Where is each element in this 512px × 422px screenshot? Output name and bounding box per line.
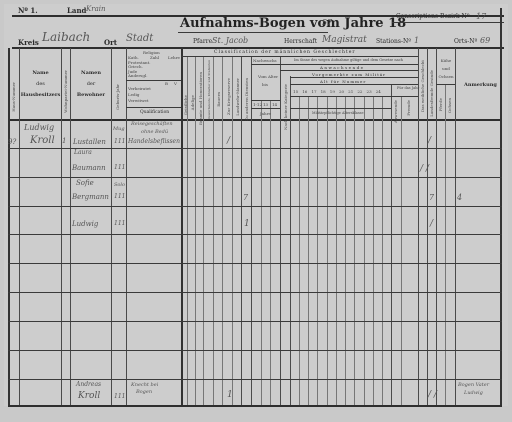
age-col: 16 [300,89,309,94]
ort-label: Ort [104,38,117,47]
herrschaft-label: Herrschaft [284,38,317,45]
conscription-underline [392,22,504,23]
header-classification: Classification der männlichen Geschlecht… [214,50,356,55]
cell-geb: 111 [114,193,125,200]
cell-bewohner-first: Laura [74,149,92,156]
herrschaft-value: Magistrat [322,35,367,45]
table-left-border [8,48,10,406]
header-subline [290,84,418,85]
cell-anmerkung: Ludwig [464,390,483,396]
table-right-border [500,8,502,406]
row-divider [8,321,502,322]
header-text: Name [20,68,61,79]
header-qualification: Qualification [140,110,169,115]
col-divider [373,96,374,406]
col-divider [317,96,318,406]
cell-mark: 1 [244,219,250,229]
col-divider [61,48,62,406]
col-divider [195,56,196,406]
cell-mark: / / [428,390,437,400]
stations-label: Stations-Nº [376,38,411,45]
cell-geb: 111 [114,220,125,227]
class-col: Bauern [216,92,221,107]
cell-haus-nr: 9? [8,138,16,146]
row-divider [8,292,502,293]
age-col: 13 [263,102,268,107]
header-wohnpartei: Wohnpartei-Nummer [63,70,68,113]
kreis-label: Kreis [18,38,39,47]
age-col: 19 [328,89,337,94]
age-col: 23 [365,89,374,94]
row-divider [8,350,502,351]
header-text: Vom Alter [258,74,278,79]
row-divider [8,263,502,264]
age-col: 24 [374,89,383,94]
title-underline [178,32,328,33]
header-text: Bewohner [71,90,111,101]
header-anmerkung: Anmerkung [464,82,497,88]
header-subline [181,56,418,57]
header-landesfremde: Landesfremde Gesinde [429,70,434,117]
col-divider [19,48,20,406]
header-vieh: Kühe und Ochsen [437,57,455,81]
header-weiblich: Das weibliche Geschlecht [420,60,425,112]
col-divider [418,48,419,406]
header-text: des [20,79,61,90]
header-subline [251,108,280,109]
header-subline [290,77,418,78]
cell-geb: 111 [114,393,125,400]
class-col: Zu anderen Diensten [244,78,249,121]
header-militaer: Militärpflichtige Altersklasse [312,111,364,115]
cell-bewohner-last: Baumann [72,164,106,172]
cell-mark: 1 [227,390,233,400]
col-divider [455,48,456,406]
header-subline [290,96,418,97]
class-col: Adelige [190,95,195,110]
header-text: Hausbesitzers [20,90,61,101]
header-subline [280,70,418,71]
col-divider [203,56,204,406]
kreis-value: Laibach [42,30,90,44]
col-divider [382,96,383,406]
col-divider [327,96,328,406]
cell-mark: 7 [429,193,434,202]
orts-value: 69 [480,36,490,45]
cell-qual: Handelsbeflissen [128,138,180,145]
col-divider [280,56,281,406]
cell-geb-top: Solo [114,182,125,188]
header-text: Ochsen [437,73,455,81]
col-divider [308,96,309,406]
header-text: bis [262,82,268,87]
col-divider [70,48,71,406]
class-col: Zur Kriegsreserve [226,78,231,115]
col-divider [213,56,214,406]
col-divider [436,48,437,406]
row-divider [8,234,502,235]
header-text: Namen [71,68,111,79]
conscription-label: Conscriptions-Bezirk Nº [396,13,470,20]
header-subline [126,80,181,81]
table-bottom-border [8,405,502,407]
cell-mark: / [227,136,230,146]
age-col: 21 [346,89,355,94]
header-noch-keine: Nach keiner Kategorie [283,84,288,130]
conscription-value: 17 [476,12,486,21]
land-label: Land [67,6,86,15]
class-col: Geistliche [183,95,188,115]
header-pferde: Pferde [438,98,443,111]
form-title: Aufnahms-Bogen vom Jahre 18 [180,16,406,31]
cell-geb: 111 [114,138,125,145]
cell-bewohner-first: Andreas [76,381,101,388]
header-fremde: Fremde [406,100,411,116]
cell-qual: Bogen [136,389,152,395]
cell-mark: 4 [457,193,462,202]
header-anwachsende: Anwachsende [320,65,365,70]
col-divider [270,100,271,406]
stand-row: Verwitwet [128,98,151,104]
religion-col: Lehre [168,55,180,60]
stand-rows: Verheiratet Ledig Verwitwet [128,86,151,104]
age-col: 22 [355,89,364,94]
col-divider [111,48,112,406]
cell-partei: 1 [62,137,66,145]
header-jahre: Jahre [260,111,271,116]
cell-bewohner-first: Sofie [76,179,94,187]
header-bottom-border [12,47,504,49]
header-vorgemerkte: Vorgemerkte zum Militär [312,72,386,77]
header-text: der [71,79,111,90]
cell-bewohner-last: Ludwig [72,220,98,228]
stand-col: V [174,81,177,86]
age-col: 1-12 [253,102,262,107]
cell-besitzer-last: Kroll [30,135,55,146]
land-value: Krain [86,5,106,13]
class-col: Beamte und Honoratioren [198,72,203,125]
col-divider [261,100,262,406]
religion-col: Zahl [150,55,159,60]
col-divider [345,96,346,406]
cell-anmerkung-top: Bogen Vater [458,382,489,388]
stand-col: B [165,81,168,86]
col-divider [427,48,428,406]
age-col: 18 [319,89,328,94]
col-divider [126,48,127,406]
cell-besitzer-first: Ludwig [24,123,54,132]
form-number: Nº 1. [18,6,38,15]
cell-qual-mid: ohne Bedü [141,129,168,135]
header-nachwuchs: Nachwuchs [253,58,277,63]
header-bewohner: Namen der Bewohner [71,68,111,101]
cell-mark: / / [420,164,429,174]
stations-value: 1 [414,36,419,45]
col-divider [232,56,233,406]
class-col: Gewerbsleute, Künstler und Studenten [207,60,211,119]
cell-bewohner-last: Kroll [78,391,100,401]
ort-value: Stadt [126,33,153,44]
col-divider [290,76,291,406]
cell-bewohner-last: Lustallen [73,138,106,146]
header-geburtsjahr: Geburts-Jahr [115,84,120,110]
header-text: und [437,65,455,73]
col-divider [391,84,392,406]
header-fuer-jahr: Für das Jahr [397,86,419,90]
cell-bewohner-last: Bergmann [72,193,109,201]
age-col: 15 [291,89,300,94]
cell-mark: / [430,219,433,229]
orts-label: Orts-Nº [454,38,477,45]
header-in-sinne: Im Sinne des wegen Aufnahme giltige und … [294,58,403,62]
row-divider [8,177,502,178]
pfarre-label: Pfarre [193,38,212,45]
header-subline [436,84,455,85]
header-subline [251,100,280,101]
header-text: Kühe [437,57,455,65]
col-divider [241,56,242,406]
header-haus-nummer: Haus-Nummer [11,82,16,112]
row-divider [8,379,502,380]
cell-qual-top: Reisegeschäften [131,121,173,127]
col-divider [336,96,337,406]
religion-row: Andersgl. [128,74,151,79]
col-divider [299,96,300,406]
header-ochsen: Ochsen [447,98,452,113]
age-col: 14 [272,102,277,107]
religion-rows: Kath. Protestant. Griech. Jude Andersgl. [128,56,151,79]
col-divider [401,96,402,406]
cell-geb: 111 [114,164,125,171]
year-suffix: 57 [322,18,332,27]
col-divider [364,96,365,406]
col-divider [445,84,446,406]
header-abwesende: Abwesende [393,100,398,123]
header-subline [290,108,391,109]
cell-mark: / [428,136,431,146]
class-col: Landwehr-Manner [235,78,240,116]
header-hausbesitzer: Name des Hausbesitzers [20,68,61,101]
age-col: 20 [337,89,346,94]
cell-mark: 7 [243,193,248,202]
col-divider [354,96,355,406]
cell-qual-top: Knecht bei [131,382,158,388]
pfarre-value: St. Jacob [212,36,248,45]
row-divider [8,206,502,207]
header-subline [126,107,181,108]
header-alt: Alt für Nummer [320,79,366,84]
header-subline [251,64,280,65]
cell-geb-top: Mug [113,126,125,132]
col-divider [222,56,223,406]
age-col: 17 [309,89,318,94]
age-cols: 15 16 17 18 19 20 21 22 23 24 [291,89,401,94]
